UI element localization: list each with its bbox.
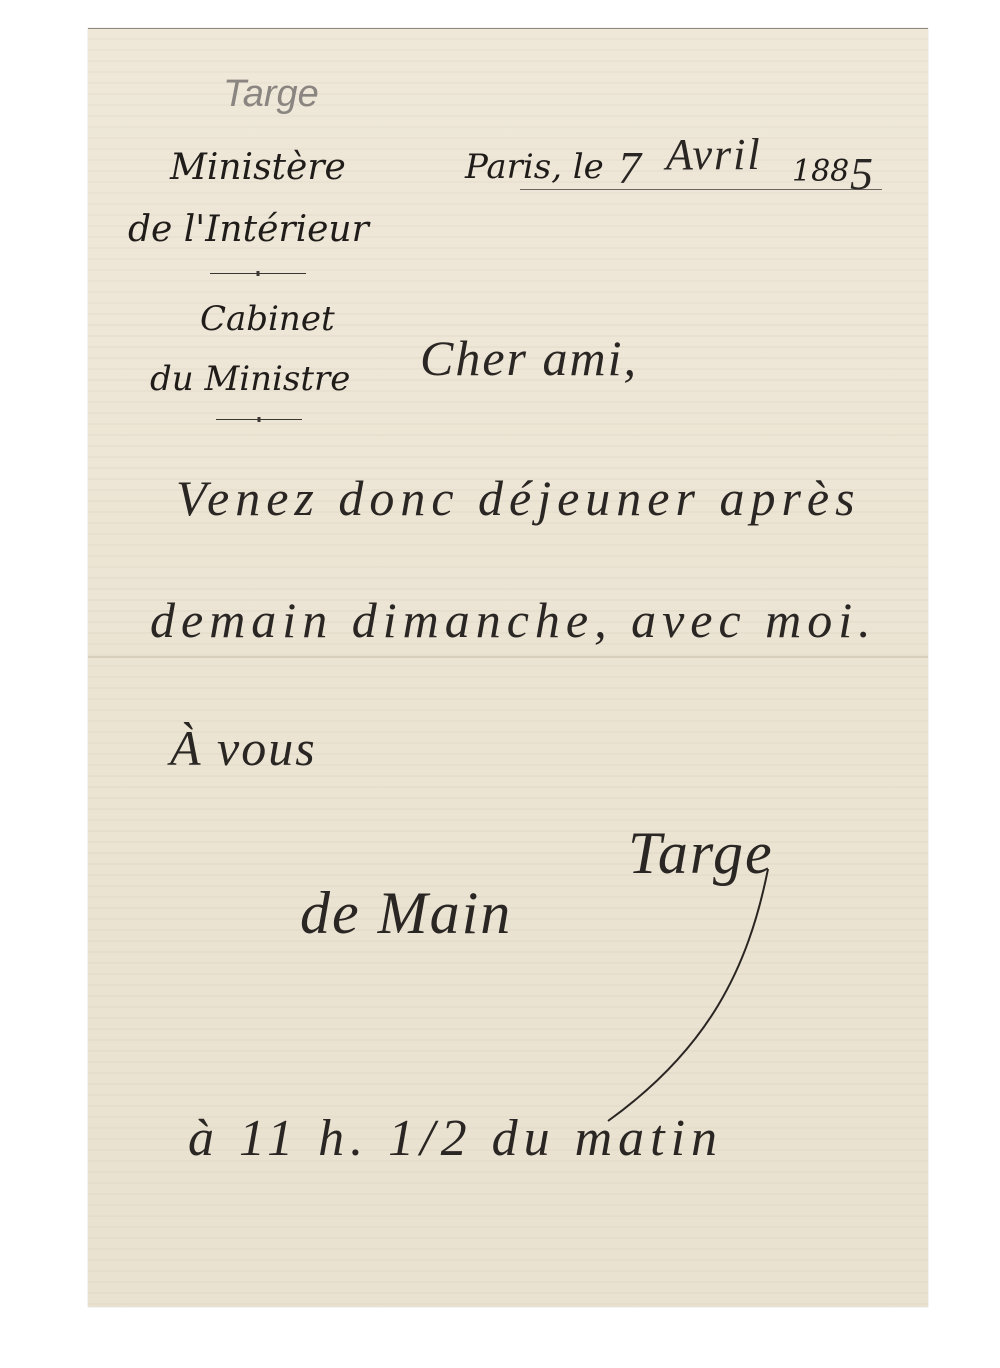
closing: À vous bbox=[170, 719, 317, 777]
dateline-day: 7 bbox=[618, 141, 643, 194]
letterhead-divider-2 bbox=[216, 419, 302, 420]
letterhead-ministere: Ministère bbox=[170, 147, 346, 188]
paper-fold-line bbox=[88, 656, 928, 658]
letterhead-divider-1 bbox=[210, 273, 306, 274]
letterhead-du-ministre: du Ministre bbox=[150, 359, 350, 399]
letterhead-cabinet: Cabinet bbox=[200, 299, 335, 339]
pencil-annotation: Targe bbox=[223, 73, 319, 116]
postscript: à 11 h. 1/2 du matin bbox=[188, 1109, 723, 1168]
salutation: Cher ami, bbox=[420, 329, 638, 387]
dateline-month: Avril bbox=[666, 129, 762, 180]
letter-paper: Targe Ministère de l'Intérieur Cabinet d… bbox=[88, 28, 928, 1307]
dateline-rule bbox=[520, 189, 882, 190]
dateline-year-digit: 5 bbox=[850, 147, 875, 200]
dateline-place: Paris, le bbox=[465, 147, 604, 187]
letterhead-interieur: de l'Intérieur bbox=[128, 209, 369, 250]
body-line-2: demain dimanche, avec moi. bbox=[150, 591, 877, 649]
dateline-year-printed: 188 bbox=[792, 154, 849, 189]
signature-flourish bbox=[588, 859, 778, 1149]
body-line-1: Venez donc déjeuner après bbox=[176, 469, 861, 527]
signature-prefix: de Main bbox=[300, 879, 512, 948]
